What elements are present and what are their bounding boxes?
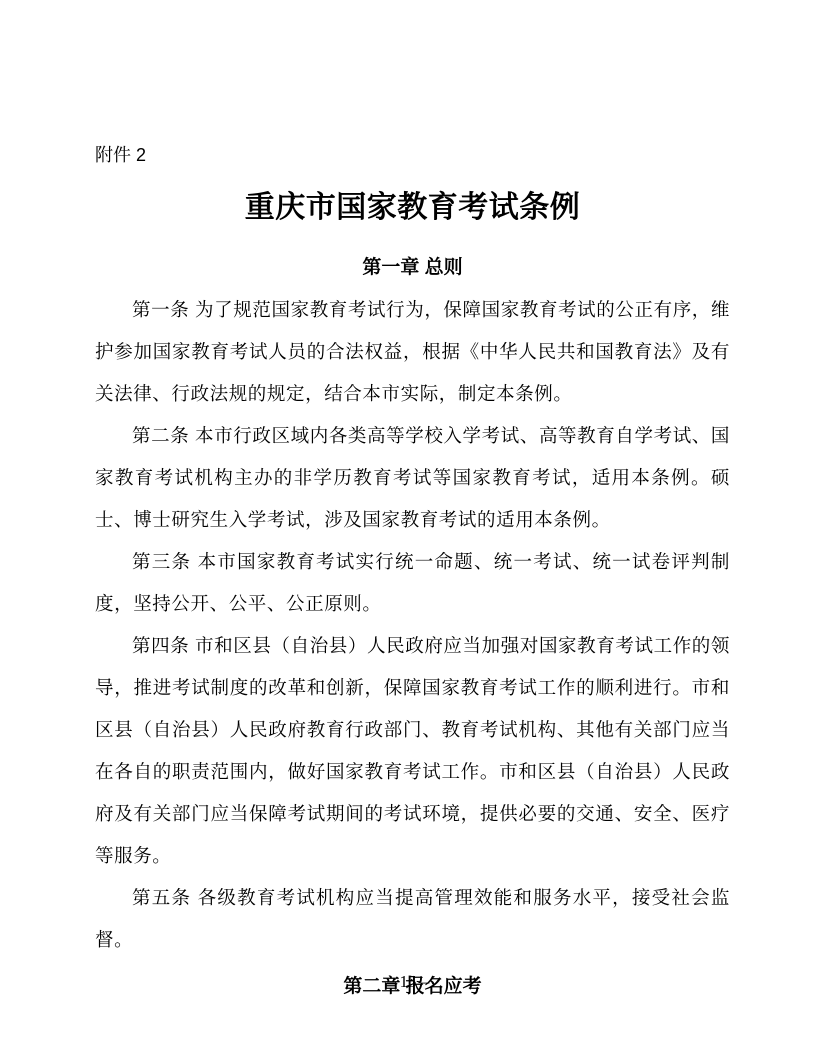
chapter-1-heading: 第一章 总则 (95, 252, 730, 284)
article-5-paragraph: 第五条 各级教育考试机构应当提高管理效能和服务水平，接受社会监督。 (95, 877, 730, 961)
document-title: 重庆市国家教育考试条例 (95, 189, 730, 227)
article-1-paragraph: 第一条 为了规范国家教育考试行为，保障国家教育考试的公正有序，维护参加国家教育考… (95, 289, 730, 415)
article-4-paragraph: 第四条 市和区县（自治县）人民政府应当加强对国家教育考试工作的领导，推进考试制度… (95, 625, 730, 877)
document-page: 附件 2 重庆市国家教育考试条例 第一章 总则 第一条 为了规范国家教育考试行为… (0, 0, 816, 1056)
article-3-paragraph: 第三条 本市国家教育考试实行统一命题、统一考试、统一试卷评判制度，坚持公开、公平… (95, 541, 730, 625)
attachment-label: 附件 2 (95, 143, 730, 167)
article-2-paragraph: 第二条 本市行政区域内各类高等学校入学考试、高等教育自学考试、国家教育考试机构主… (95, 415, 730, 541)
page-number: – 15 – (0, 972, 816, 992)
document-content: 附件 2 重庆市国家教育考试条例 第一章 总则 第一条 为了规范国家教育考试行为… (95, 143, 730, 1008)
